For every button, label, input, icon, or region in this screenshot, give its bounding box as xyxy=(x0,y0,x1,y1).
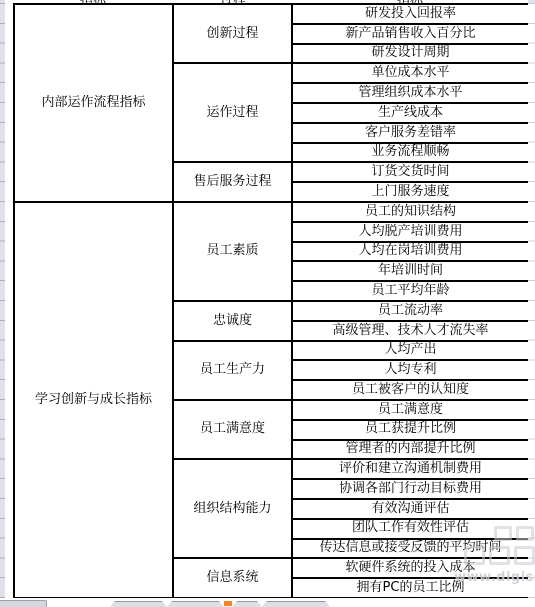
indicator-cell[interactable]: 员工平均年龄 xyxy=(292,281,529,301)
indicator-cell[interactable]: 管理者的内部提升比例 xyxy=(292,440,529,460)
indicator-cell[interactable]: 员工被客户的认知度 xyxy=(292,380,529,400)
indicator-cell[interactable]: 高级管理、技术人才流失率 xyxy=(292,321,529,341)
sheet-tab-1[interactable] xyxy=(110,601,167,607)
indicator-cell[interactable]: 员工流动率 xyxy=(292,301,529,321)
indicator-cell[interactable]: 有效沟通评估 xyxy=(292,499,529,519)
category-cell[interactable]: 忠诚度 xyxy=(173,301,292,341)
sheet-tab-bar xyxy=(0,598,535,607)
indicator-cell[interactable]: 人均产出 xyxy=(292,341,529,361)
category-cell[interactable]: 创新过程 xyxy=(173,4,292,63)
sheet-tab-4[interactable] xyxy=(262,601,330,607)
indicator-cell[interactable]: 新产品销售收入百分比 xyxy=(292,24,529,44)
category-cell[interactable]: 员工满意度 xyxy=(173,400,292,459)
indicator-cell[interactable]: 年培训时间 xyxy=(292,261,529,281)
indicator-cell[interactable]: 员工的知识结构 xyxy=(292,202,529,222)
row-header-strip xyxy=(0,0,5,599)
indicator-cell[interactable]: 单位成本水平 xyxy=(292,63,529,83)
statusbar-corner xyxy=(0,600,47,607)
indicator-cell[interactable]: 评价和建立沟通机制费用 xyxy=(292,459,529,479)
indicator-cell[interactable]: 员工满意度 xyxy=(292,400,529,420)
column-gridline-stubs xyxy=(528,3,535,598)
indicator-cell[interactable]: 订货交货时间 xyxy=(292,162,529,182)
indicator-cell[interactable]: 生产线成本 xyxy=(292,103,529,123)
category-cell[interactable]: 员工生产力 xyxy=(173,341,292,400)
indicator-cell[interactable]: 研发设计周期 xyxy=(292,44,529,64)
indicator-cell[interactable]: 拥有PC的员工比例 xyxy=(292,578,529,598)
table-row: 内部运作流程指标创新过程研发投入回报率 xyxy=(14,4,529,24)
indicator-cell[interactable]: 人均脱产培训费用 xyxy=(292,222,529,242)
indicator-cell[interactable]: 研发投入回报率 xyxy=(292,4,529,24)
indicator-cell[interactable]: 人均在岗培训费用 xyxy=(292,242,529,262)
indicator-cell[interactable]: 传达信息或接受反馈的平均时间 xyxy=(292,539,529,559)
category-cell[interactable]: 员工素质 xyxy=(173,202,292,301)
indicator-cell[interactable]: 协调各部门行动目标费用 xyxy=(292,479,529,499)
indicator-cell[interactable]: 业务流程顺畅 xyxy=(292,143,529,163)
scorecard-table: 内部运作流程指标创新过程研发投入回报率新产品销售收入百分比研发设计周期运作过程单… xyxy=(13,3,530,599)
indicator-cell[interactable]: 管理组织成本水平 xyxy=(292,83,529,103)
dimension-cell[interactable]: 学习创新与成长指标 xyxy=(14,202,173,598)
indicator-cell[interactable]: 员工获提升比例 xyxy=(292,420,529,440)
sheet-tab-3[interactable] xyxy=(232,601,262,607)
active-sheet-marker xyxy=(224,601,232,606)
category-cell[interactable]: 组织结构能力 xyxy=(173,459,292,558)
category-cell[interactable]: 信息系统 xyxy=(173,558,292,598)
category-cell[interactable]: 售后服务过程 xyxy=(173,162,292,202)
indicator-cell[interactable]: 软硬件系统的投入成本 xyxy=(292,558,529,578)
sheet-tab-2[interactable] xyxy=(167,601,224,607)
indicator-cell[interactable]: 客户服务差错率 xyxy=(292,123,529,143)
indicator-cell[interactable]: 人均专利 xyxy=(292,360,529,380)
indicator-cell[interactable]: 上门服务速度 xyxy=(292,182,529,202)
category-cell[interactable]: 运作过程 xyxy=(173,63,292,162)
indicator-cell[interactable]: 团队工作有效性评估 xyxy=(292,519,529,539)
table-row: 学习创新与成长指标员工素质员工的知识结构 xyxy=(14,202,529,222)
spreadsheet-view: 指标 过程 指标 内部运作流程指标创新过程研发投入回报率新产品销售收入百分比研发… xyxy=(0,0,535,607)
dimension-cell[interactable]: 内部运作流程指标 xyxy=(14,4,173,202)
